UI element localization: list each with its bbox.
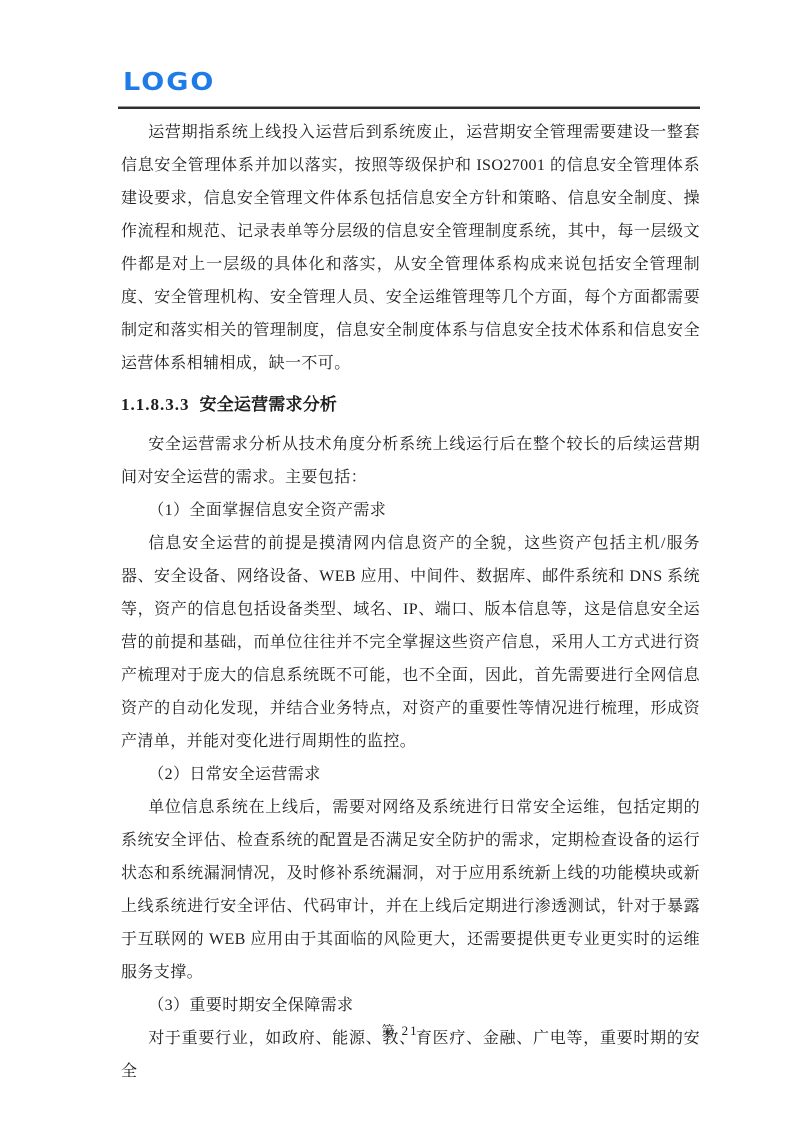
page-number: 第 21 [0, 1022, 800, 1040]
list-item-3-title: （3）重要时期安全保障需求 [121, 989, 700, 1022]
paragraph: 安全运营需求分析从技术角度分析系统上线运行后在整个较长的后续运营期间对安全运营的… [121, 428, 700, 494]
company-logo: LOGO [123, 70, 215, 96]
document-body: 运营期指系统上线投入运营后到系统废止，运营期安全管理需要建设一整套信息安全管理体… [121, 116, 700, 1088]
list-item-1-title: （1）全面掌握信息安全资产需求 [121, 494, 700, 527]
paragraph: 单位信息系统在上线后，需要对网络及系统进行日常安全运维，包括定期的系统安全评估、… [121, 791, 700, 989]
section-number: 1.1.8.3.3 [121, 395, 190, 414]
paragraph-intro: 运营期指系统上线投入运营后到系统废止，运营期安全管理需要建设一整套信息安全管理体… [121, 116, 700, 380]
section-title: 安全运营需求分析 [200, 395, 338, 414]
header-divider-line [118, 106, 700, 109]
paragraph: 信息安全运营的前提是摸清网内信息资产的全貌，这些资产包括主机/服务器、安全设备、… [121, 527, 700, 758]
list-item-2-title: （2）日常安全运营需求 [121, 758, 700, 791]
document-page: LOGO 运营期指系统上线投入运营后到系统废止，运营期安全管理需要建设一整套信息… [0, 0, 800, 1132]
section-heading: 1.1.8.3.3安全运营需求分析 [121, 392, 700, 418]
